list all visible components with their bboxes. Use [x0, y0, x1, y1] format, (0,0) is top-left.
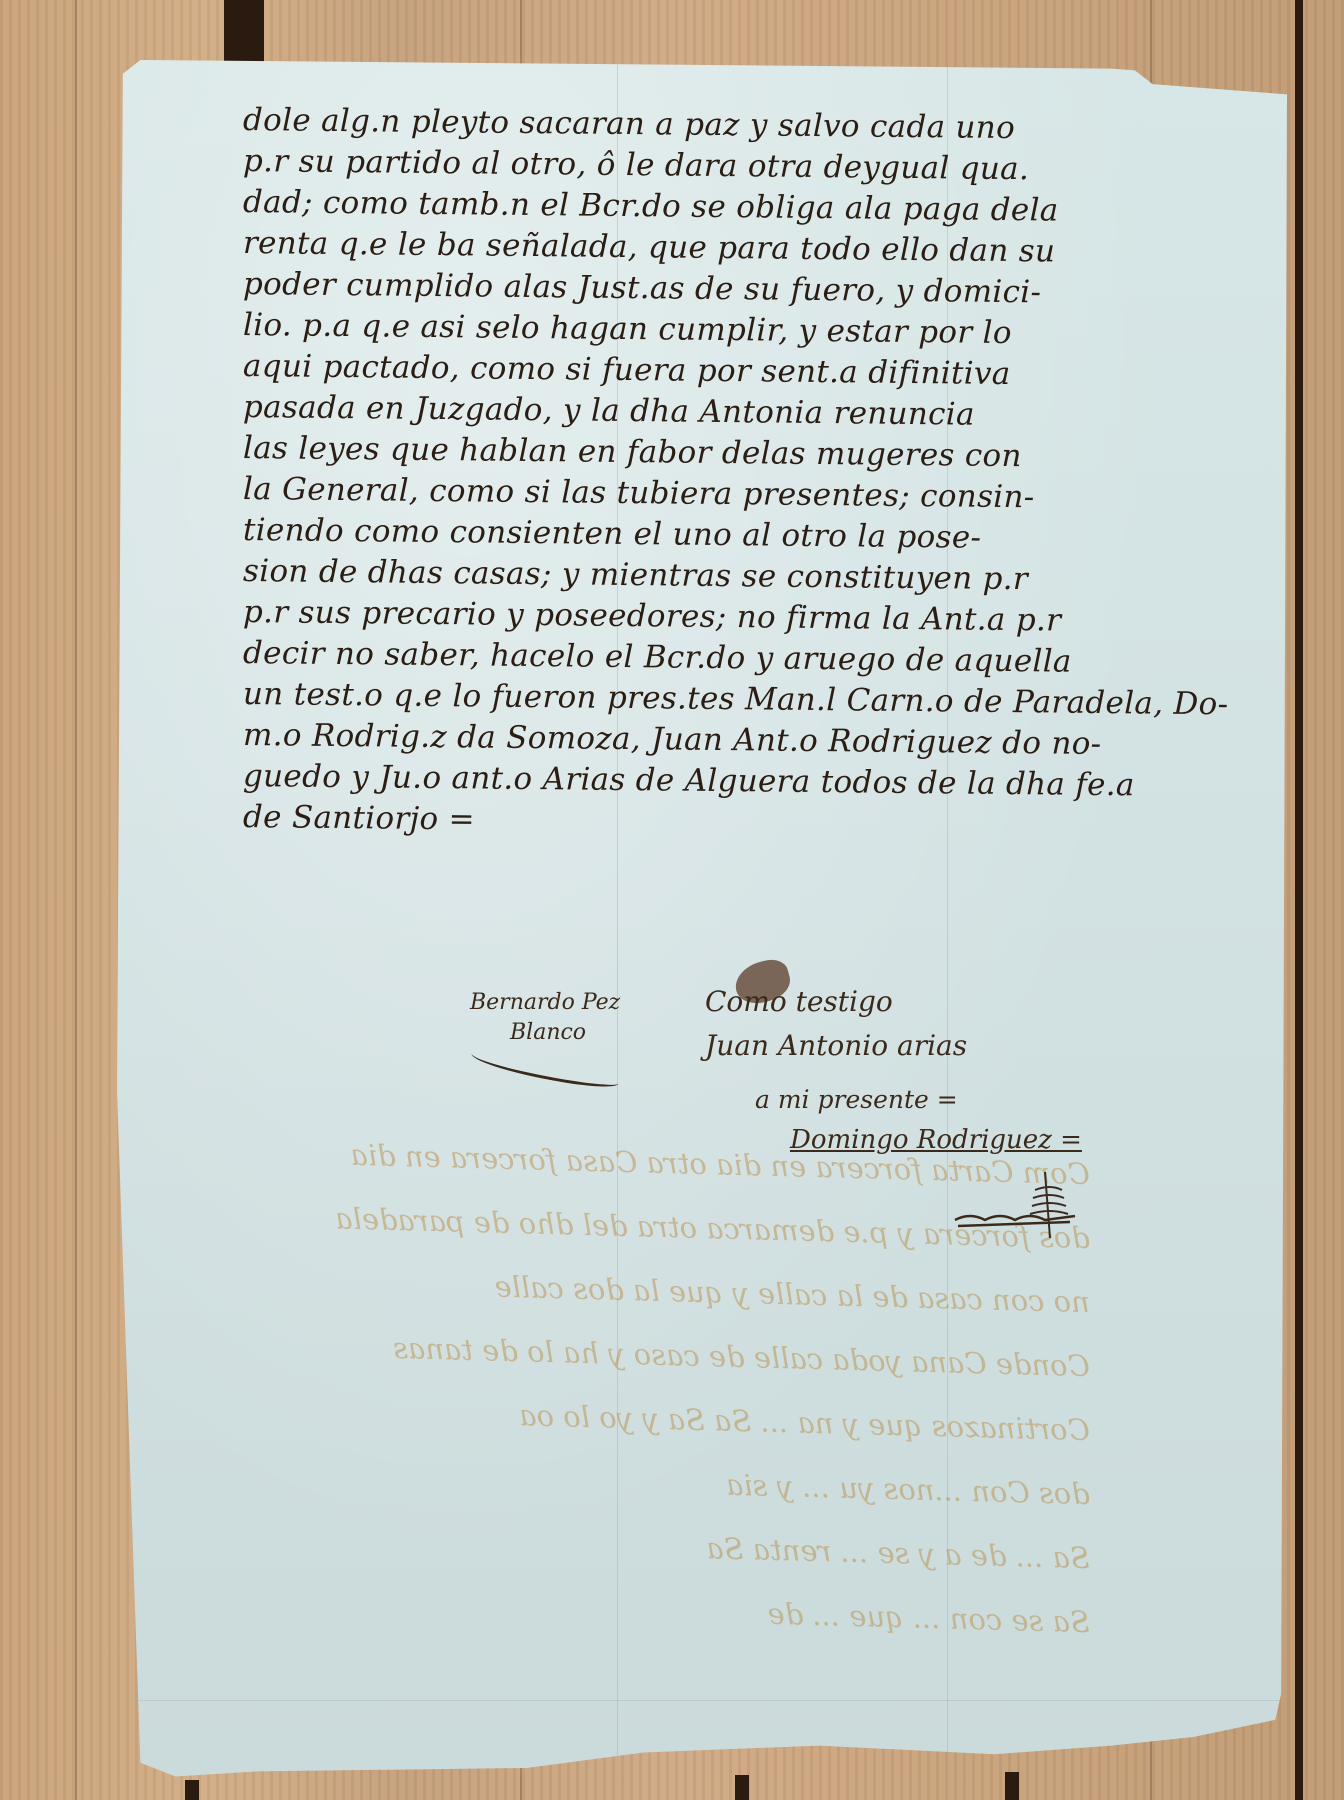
paper-fold: [117, 1700, 1287, 1701]
notary-rubric-icon: [950, 1170, 1090, 1240]
plank-gap: [735, 1775, 749, 1800]
signature-line: Bernardo Pez: [470, 988, 620, 1018]
plank-seam: [75, 0, 77, 1800]
signature-line: Blanco: [510, 1018, 620, 1048]
signature-bernardo: Bernardo Pez Blanco: [470, 988, 620, 1079]
manuscript-text: dole alg.n pleyto sacaran a paz y salvo …: [243, 100, 1113, 838]
plank-gap: [1295, 0, 1303, 1800]
plank-gap: [185, 1780, 199, 1800]
plank-gap: [1005, 1772, 1019, 1800]
notary-signature: Domingo Rodriguez =: [790, 1125, 1082, 1155]
plank-gap: [224, 0, 264, 62]
witness-signature: Como testigo Juan Antonio arias: [705, 980, 967, 1068]
witness-name: Juan Antonio arias: [705, 1024, 967, 1068]
witness-label: Como testigo: [705, 980, 967, 1024]
presence-label: a mi presente =: [755, 1085, 958, 1114]
